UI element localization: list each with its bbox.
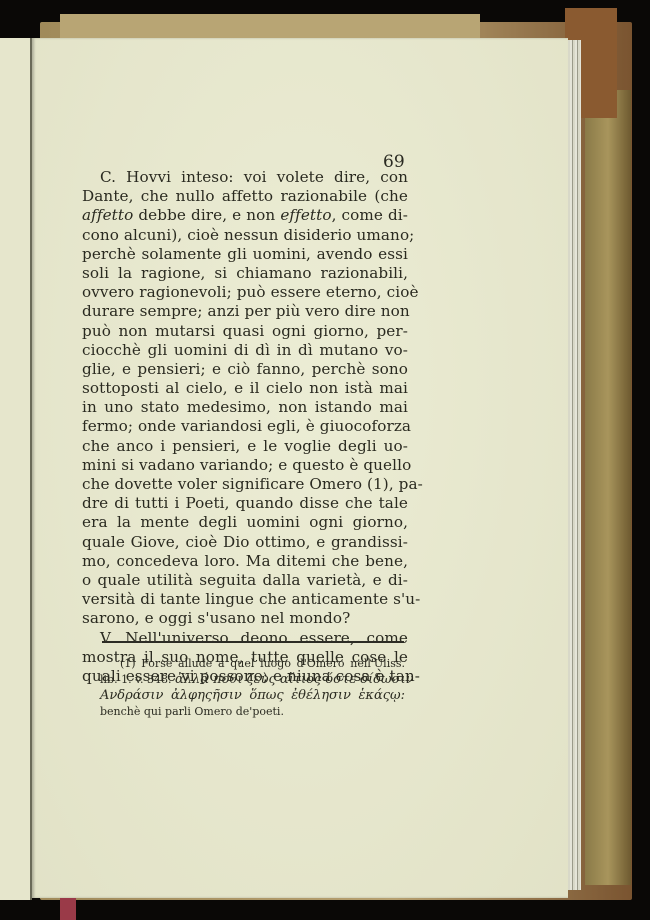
text-line: sarono, e oggi s'usano nel mondo? [82,609,408,628]
text-line: ciocchè gli uomini di dì in dì mutano vo… [82,341,408,360]
footnote-line: benchè qui parli Omero de'poeti. [100,704,405,720]
footnote: (1) Forse allude a quel luogo d'Omero ne… [100,656,405,720]
body-text: C. Hovvi inteso: voi volete dire, con Da… [82,168,408,686]
text-line: dre di tutti i Poeti, quando disse che t… [82,494,408,513]
greek-quote: Ανδράσιν ἀλφηςῆσιν ὅπως ἐθέλησιν ἑκάςῳ: [100,688,405,704]
text-line: mini si vadano variando; e questo è quel… [82,456,408,475]
italic-word: affetto [82,206,133,224]
text-line: mo, concedeva loro. Ma ditemi che bene, [82,552,408,571]
italic-word: effetto [280,206,331,224]
text-line: Dante, che nullo affetto razionabile (ch… [82,187,408,206]
left-page-edge [0,38,32,900]
text-line: che anco i pensieri, e le voglie degli u… [82,437,408,456]
bookmark-ribbon [60,898,76,920]
text-line: che dovette voler significare Omero (1),… [82,475,408,494]
text-line: può non mutarsi quasi ogni giorno, per- [82,322,408,341]
text-line: durare sempre; anzi per più vero dire no… [82,302,408,321]
text-line: fermo; onde variandosi egli, è giuocofor… [82,417,408,436]
text-line: glie, e pensieri; e ciò fanno, perchè so… [82,360,408,379]
text-line: V. Nell'universo deono essere, come [82,629,408,648]
cover-right-edge [585,90,631,885]
text-line: soli la ragione, si chiamano razionabili… [82,264,408,283]
cover-top-edge [60,14,480,38]
text-fragment: debbe dire, e non [133,206,280,224]
text-line: perchè solamente gli uomini, avendo essi [82,245,408,264]
text-line: era la mente degli uomini ogni giorno, [82,513,408,532]
text-line: quale Giove, cioè Dio ottimo, e grandiss… [82,533,408,552]
text-line: in uno stato medesimo, non istando mai [82,398,408,417]
text-line: cono alcuni), cioè nessun disiderio uman… [82,226,408,245]
text-line: sottoposti al cielo, e il cielo non istà… [82,379,408,398]
footnote-ref: lib. 1. v. 348. [100,673,171,686]
text-line: ovvero ragionevoli; può essere eterno, c… [82,283,408,302]
footnote-line: lib. 1. v. 348. ἀλλά ποθι ζεὺς αἴτιος ὅσ… [100,672,405,688]
footnote-line: (1) Forse allude a quel luogo d'Omero ne… [100,656,405,672]
text-fragment: , come di- [332,206,408,224]
text-line: C. Hovvi inteso: voi volete dire, con [82,168,408,187]
text-line: affetto debbe dire, e non effetto, come … [82,206,408,225]
footnote-rule [102,641,404,643]
text-line: o quale utilità seguita dalla varietà, e… [82,571,408,590]
greek-quote: ἀλλά ποθι ζεὺς αἴτιος ὅστε δίδωσιν [175,672,414,687]
text-line: versità di tante lingue che anticamente … [82,590,408,609]
